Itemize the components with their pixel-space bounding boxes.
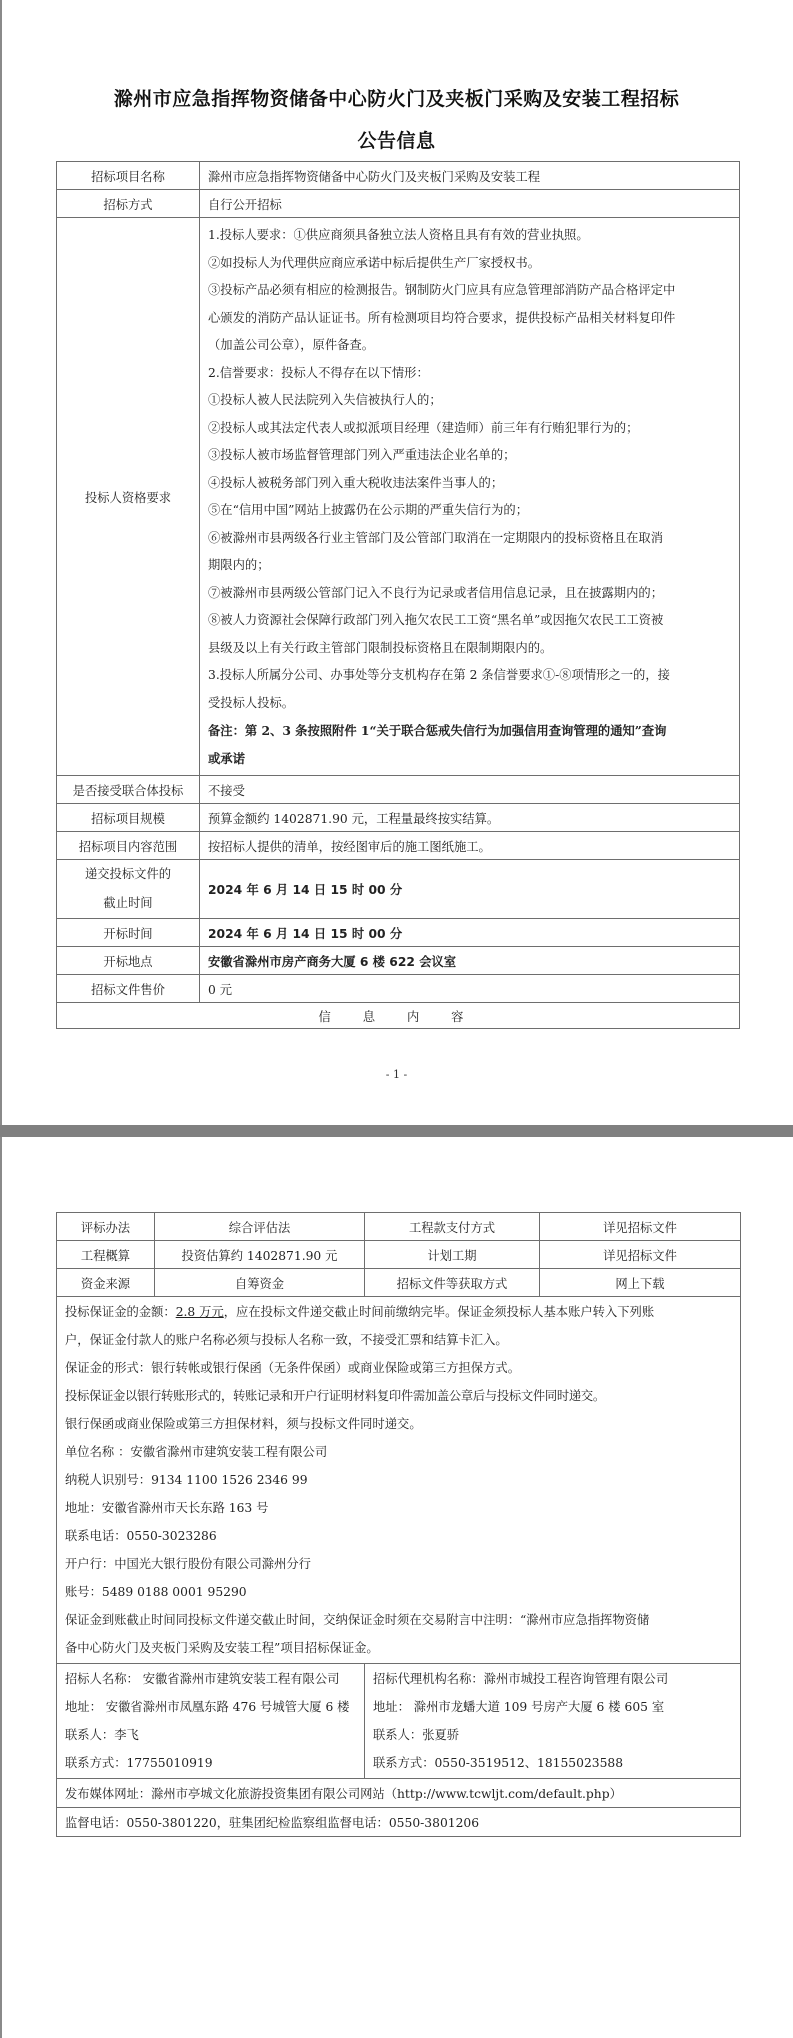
bank-name: 开户行：中国光大银行股份有限公司滁州分行 (65, 1550, 732, 1578)
table-row: 资金来源 自筹资金 招标文件等获取方式 网上下载 (57, 1269, 741, 1297)
grid-value: 详见招标文件 (540, 1213, 741, 1241)
requirement-line: 受投标人投标。 (208, 690, 731, 718)
deposit-amount-line: 投标保证金的金额：2.8 万元，应在投标文件递交截止时间前缴纳完毕。保证金须投标… (65, 1298, 732, 1326)
grid-label: 资金来源 (57, 1269, 155, 1297)
agency-name: 招标代理机构名称：滁州市城投工程咨询管理有限公司 (373, 1665, 732, 1693)
qualification-row: 投标人资格要求 1.投标人要求：①供应商须具备独立法人资格且具有有效的营业执照。… (57, 218, 740, 776)
table-row: 招标项目规模 预算金额约 1402871.90 元，工程量最终按实结算。 (57, 804, 740, 832)
row-label: 招标文件售价 (57, 975, 200, 1003)
row-value: 0 元 (200, 975, 740, 1003)
info-header-row: 信 息 内 容 (57, 1003, 740, 1029)
table-row: 是否接受联合体投标 不接受 (57, 776, 740, 804)
agency-address: 地址： 滁州市龙蟠大道 109 号房产大厦 6 楼 605 室 (373, 1693, 732, 1721)
document-title-line2: 公告信息 (0, 126, 793, 153)
deadline-row: 递交投标文件的 截止时间 2024 年 6 月 14 日 15 时 00 分 (57, 860, 740, 919)
deposit-line: 户，保证金付款人的账户名称必须与投标人名称一致，不接受汇票和结算卡汇入。 (65, 1326, 732, 1354)
deposit-amount-label: 投标保证金的金额： (65, 1305, 176, 1319)
account-phone: 联系电话：0550-3023286 (65, 1522, 732, 1550)
grid-label: 评标办法 (57, 1213, 155, 1241)
row-label: 招标项目内容范围 (57, 832, 200, 860)
row-label: 招标方式 (57, 190, 200, 218)
deposit-amount-note: ，应在投标文件递交截止时间前缴纳完毕。保证金须投标人基本账户转入下列账 (224, 1305, 654, 1319)
tenderer-name: 招标人名称： 安徽省滁州市建筑安装工程有限公司 (65, 1665, 356, 1693)
tenderer-phone: 联系方式：17755010919 (65, 1749, 356, 1777)
deposit-details: 投标保证金的金额：2.8 万元，应在投标文件递交截止时间前缴纳完毕。保证金须投标… (57, 1297, 741, 1664)
table-row: 招标方式 自行公开招标 (57, 190, 740, 218)
requirement-line: ①投标人被人民法院列入失信被执行人的； (208, 387, 731, 415)
grid-label: 招标文件等获取方式 (365, 1269, 540, 1297)
deposit-line: 备中心防火门及夹板门采购及安装工程”项目招标保证金。 (65, 1634, 732, 1662)
account-number: 账号：5489 0188 0001 95290 (65, 1578, 732, 1606)
media-row: 发布媒体网址：滁州市亭城文化旅游投资集团有限公司网站（http://www.tc… (57, 1779, 741, 1808)
supervision-row: 监督电话：0550-3801220，驻集团纪检监察组监督电话：0550-3801… (57, 1808, 741, 1837)
requirement-line: 1.投标人要求：①供应商须具备独立法人资格且具有有效的营业执照。 (208, 222, 731, 250)
deposit-line: 投标保证金以银行转账形式的，转账记录和开户行证明材料复印件需加盖公章后与投标文件… (65, 1382, 732, 1410)
grid-label: 工程概算 (57, 1241, 155, 1269)
row-label: 开标时间 (57, 919, 200, 947)
contacts-row: 招标人名称： 安徽省滁州市建筑安装工程有限公司 地址： 安徽省滁州市凤凰东路 4… (57, 1664, 741, 1779)
deposit-line: 保证金的形式：银行转帐或银行保函（无条件保函）或商业保险或第三方担保方式。 (65, 1354, 732, 1382)
requirement-line: 3.投标人所属分公司、办事处等分支机构存在第 2 条信誉要求①-⑧项情形之一的，… (208, 662, 731, 690)
page-separator (0, 1125, 793, 1137)
account-address: 地址：安徽省滁州市天长东路 163 号 (65, 1494, 732, 1522)
opening-time-row: 开标时间 2024 年 6 月 14 日 15 时 00 分 (57, 919, 740, 947)
row-value: 自行公开招标 (200, 190, 740, 218)
page-2: 评标办法 综合评估法 工程款支付方式 详见招标文件 工程概算 投资估算约 140… (0, 1137, 793, 2038)
table-row: 招标项目名称 滁州市应急指挥物资储备中心防火门及夹板门采购及安装工程 (57, 162, 740, 190)
deposit-line: 银行保函或商业保险或第三方担保材料，须与投标文件同时递交。 (65, 1410, 732, 1438)
account-name: 单位名称 ：安徽省滁州市建筑安装工程有限公司 (65, 1438, 732, 1466)
requirement-line: 2.信誉要求：投标人不得存在以下情形： (208, 360, 731, 388)
requirement-line: ④投标人被税务部门列入重大税收违法案件当事人的； (208, 470, 731, 498)
deposit-amount: 2.8 万元 (176, 1305, 224, 1319)
publish-media: 发布媒体网址：滁州市亭城文化旅游投资集团有限公司网站（http://www.tc… (57, 1779, 741, 1808)
opening-place-value: 安徽省滁州市房产商务大厦 6 楼 622 会议室 (200, 947, 740, 975)
agency-info: 招标代理机构名称：滁州市城投工程咨询管理有限公司 地址： 滁州市龙蟠大道 109… (365, 1664, 741, 1779)
row-value: 预算金额约 1402871.90 元，工程量最终按实结算。 (200, 804, 740, 832)
requirement-line: ⑥被滁州市县两级各行业主管部门及公管部门取消在一定期限内的投标资格且在取消 (208, 525, 731, 553)
grid-value: 网上下载 (540, 1269, 741, 1297)
requirement-line: 心颁发的消防产品认证证书。所有检测项目均符合要求，提供投标产品相关材料复印件 (208, 305, 731, 333)
requirement-line: （加盖公司公章），原件备查。 (208, 332, 731, 360)
requirement-note: 备注：第 2、3 条按照附件 1“关于联合惩戒失信行为加强信用查询管理的通知”查… (208, 717, 731, 745)
row-value: 按招标人提供的清单，按经图审后的施工图纸施工。 (200, 832, 740, 860)
agency-contact: 联系人：张夏骄 (373, 1721, 732, 1749)
requirement-line: ②投标人或其法定代表人或拟派项目经理（建造师）前三年有行贿犯罪行为的； (208, 415, 731, 443)
grid-value: 自筹资金 (155, 1269, 365, 1297)
table-row: 评标办法 综合评估法 工程款支付方式 详见招标文件 (57, 1213, 741, 1241)
tenderer-info: 招标人名称： 安徽省滁州市建筑安装工程有限公司 地址： 安徽省滁州市凤凰东路 4… (57, 1664, 365, 1779)
info-content-header: 信 息 内 容 (57, 1003, 740, 1029)
table-row: 工程概算 投资估算约 1402871.90 元 计划工期 详见招标文件 (57, 1241, 741, 1269)
opening-time-value: 2024 年 6 月 14 日 15 时 00 分 (200, 919, 740, 947)
grid-value: 投资估算约 1402871.90 元 (155, 1241, 365, 1269)
row-label: 递交投标文件的 截止时间 (57, 860, 200, 919)
requirement-line: 县级及以上有关行政主管部门限制投标资格且在限制期限内的。 (208, 635, 731, 663)
supervision-phone: 监督电话：0550-3801220，驻集团纪检监察组监督电话：0550-3801… (57, 1808, 741, 1837)
requirement-line: ③投标人被市场监督管理部门列入严重违法企业名单的； (208, 442, 731, 470)
page-1: 滁州市应急指挥物资储备中心防火门及夹板门采购及安装工程招标 公告信息 招标项目名… (0, 0, 793, 1125)
requirement-line: ⑧被人力资源社会保障行政部门列入拖欠农民工工资“黑名单”或因拖欠农民工工资被 (208, 607, 731, 635)
requirement-note: 或承诺 (208, 745, 731, 773)
table-row: 招标文件售价 0 元 (57, 975, 740, 1003)
deadline-value: 2024 年 6 月 14 日 15 时 00 分 (200, 860, 740, 919)
row-value: 不接受 (200, 776, 740, 804)
opening-place-row: 开标地点 安徽省滁州市房产商务大厦 6 楼 622 会议室 (57, 947, 740, 975)
tenderer-address: 地址： 安徽省滁州市凤凰东路 476 号城管大厦 6 楼 (65, 1693, 356, 1721)
row-label: 投标人资格要求 (57, 218, 200, 776)
requirement-line: ⑤在“信用中国”网站上披露仍在公示期的严重失信行为的； (208, 497, 731, 525)
grid-value: 综合评估法 (155, 1213, 365, 1241)
label-line: 递交投标文件的 (61, 860, 195, 889)
label-line: 截止时间 (61, 889, 195, 918)
requirement-line: 期限内的； (208, 552, 731, 580)
page-number: - 1 - (0, 1068, 793, 1081)
tenderer-contact: 联系人：李飞 (65, 1721, 356, 1749)
detail-table: 评标办法 综合评估法 工程款支付方式 详见招标文件 工程概算 投资估算约 140… (56, 1212, 741, 1837)
grid-value: 详见招标文件 (540, 1241, 741, 1269)
requirement-line: ②如投标人为代理供应商应承诺中标后提供生产厂家授权书。 (208, 250, 731, 278)
requirement-line: ⑦被滁州市县两级公管部门记入不良行为记录或者信用信息记录，且在披露期内的； (208, 580, 731, 608)
summary-table: 招标项目名称 滁州市应急指挥物资储备中心防火门及夹板门采购及安装工程 招标方式 … (56, 161, 740, 1029)
document-title: 滁州市应急指挥物资储备中心防火门及夹板门采购及安装工程招标 (0, 84, 793, 111)
table-row: 招标项目内容范围 按招标人提供的清单，按经图审后的施工图纸施工。 (57, 832, 740, 860)
row-label: 是否接受联合体投标 (57, 776, 200, 804)
deposit-row: 投标保证金的金额：2.8 万元，应在投标文件递交截止时间前缴纳完毕。保证金须投标… (57, 1297, 741, 1664)
requirement-line: ③投标产品必须有相应的检测报告。钢制防火门应具有应急管理部消防产品合格评定中 (208, 277, 731, 305)
grid-label: 工程款支付方式 (365, 1213, 540, 1241)
tax-id: 纳税人识别号：9134 1100 1526 2346 99 (65, 1466, 732, 1494)
agency-phone: 联系方式：0550-3519512、18155023588 (373, 1749, 732, 1777)
row-label: 招标项目名称 (57, 162, 200, 190)
deposit-line: 保证金到账截止时间同投标文件递交截止时间，交纳保证金时须在交易附言中注明：“滁州… (65, 1606, 732, 1634)
qualification-requirements: 1.投标人要求：①供应商须具备独立法人资格且具有有效的营业执照。 ②如投标人为代… (200, 218, 740, 776)
row-label: 开标地点 (57, 947, 200, 975)
row-value: 滁州市应急指挥物资储备中心防火门及夹板门采购及安装工程 (200, 162, 740, 190)
grid-label: 计划工期 (365, 1241, 540, 1269)
row-label: 招标项目规模 (57, 804, 200, 832)
